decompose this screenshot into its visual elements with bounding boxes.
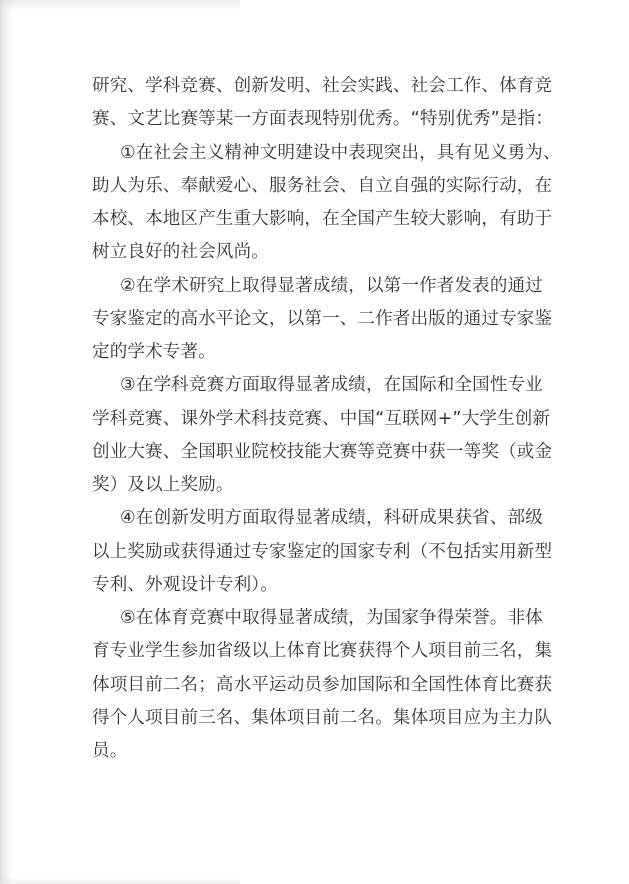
text-line: 研究、学科竞赛、创新发明、社会实践、社会工作、体育竞 bbox=[92, 70, 592, 103]
text-line: ④在创新发明方面取得显著成绩，科研成果获省、部级 bbox=[92, 502, 592, 535]
text-line: 奖）及以上奖励。 bbox=[92, 469, 592, 502]
page-bottom-shadow bbox=[0, 878, 240, 884]
text-line: 本校、本地区产生重大影响，在全国产生较大影响，有助于 bbox=[92, 203, 592, 236]
text-line: 学科竞赛、课外学术科技竞赛、中国“互联网+”大学生创新 bbox=[92, 403, 592, 436]
document-body: 研究、学科竞赛、创新发明、社会实践、社会工作、体育竞 赛、文艺比赛等某一方面表现… bbox=[92, 70, 592, 768]
text-line: 得个人项目前三名、集体项目前二名。集体项目应为主力队 bbox=[92, 702, 592, 735]
paragraph-intro: 研究、学科竞赛、创新发明、社会实践、社会工作、体育竞 赛、文艺比赛等某一方面表现… bbox=[92, 70, 592, 137]
text-line: 定的学术专著。 bbox=[92, 336, 592, 369]
text-line: 专家鉴定的高水平论文，以第一、二作者出版的通过专家鉴 bbox=[92, 303, 592, 336]
paragraph-item-4: ④在创新发明方面取得显著成绩，科研成果获省、部级 以上奖励或获得通过专家鉴定的国… bbox=[92, 502, 592, 602]
document-page: 研究、学科竞赛、创新发明、社会实践、社会工作、体育竞 赛、文艺比赛等某一方面表现… bbox=[0, 0, 629, 884]
text-line: ①在社会主义精神文明建设中表现突出，具有见义勇为、 bbox=[92, 137, 592, 170]
paragraph-item-5: ⑤在体育竞赛中取得显著成绩，为国家争得荣誉。非体 育专业学生参加省级以上体育比赛… bbox=[92, 602, 592, 768]
text-line: 助人为乐、奉献爱心、服务社会、自立自强的实际行动，在 bbox=[92, 170, 592, 203]
text-line: 员。 bbox=[92, 735, 592, 768]
text-line: ⑤在体育竞赛中取得显著成绩，为国家争得荣誉。非体 bbox=[92, 602, 592, 635]
page-left-shadow bbox=[0, 0, 14, 884]
text-line: 赛、文艺比赛等某一方面表现特别优秀。“特别优秀”是指： bbox=[92, 103, 592, 136]
text-line: 以上奖励或获得通过专家鉴定的国家专利（不包括实用新型 bbox=[92, 536, 592, 569]
paragraph-item-1: ①在社会主义精神文明建设中表现突出，具有见义勇为、 助人为乐、奉献爱心、服务社会… bbox=[92, 137, 592, 270]
text-line: 专利、外观设计专利）。 bbox=[92, 569, 592, 602]
page-top-shadow bbox=[0, 0, 240, 10]
text-line: 树立良好的社会风尚。 bbox=[92, 236, 592, 269]
text-line: ②在学术研究上取得显著成绩，以第一作者发表的通过 bbox=[92, 270, 592, 303]
text-line: ③在学科竞赛方面取得显著成绩，在国际和全国性专业 bbox=[92, 369, 592, 402]
paragraph-item-3: ③在学科竞赛方面取得显著成绩，在国际和全国性专业 学科竞赛、课外学术科技竞赛、中… bbox=[92, 369, 592, 502]
text-line: 体项目前二名；高水平运动员参加国际和全国性体育比赛获 bbox=[92, 669, 592, 702]
paragraph-item-2: ②在学术研究上取得显著成绩，以第一作者发表的通过 专家鉴定的高水平论文，以第一、… bbox=[92, 270, 592, 370]
text-line: 创业大赛、全国职业院校技能大赛等竞赛中获一等奖（或金 bbox=[92, 436, 592, 469]
text-line: 育专业学生参加省级以上体育比赛获得个人项目前三名，集 bbox=[92, 635, 592, 668]
